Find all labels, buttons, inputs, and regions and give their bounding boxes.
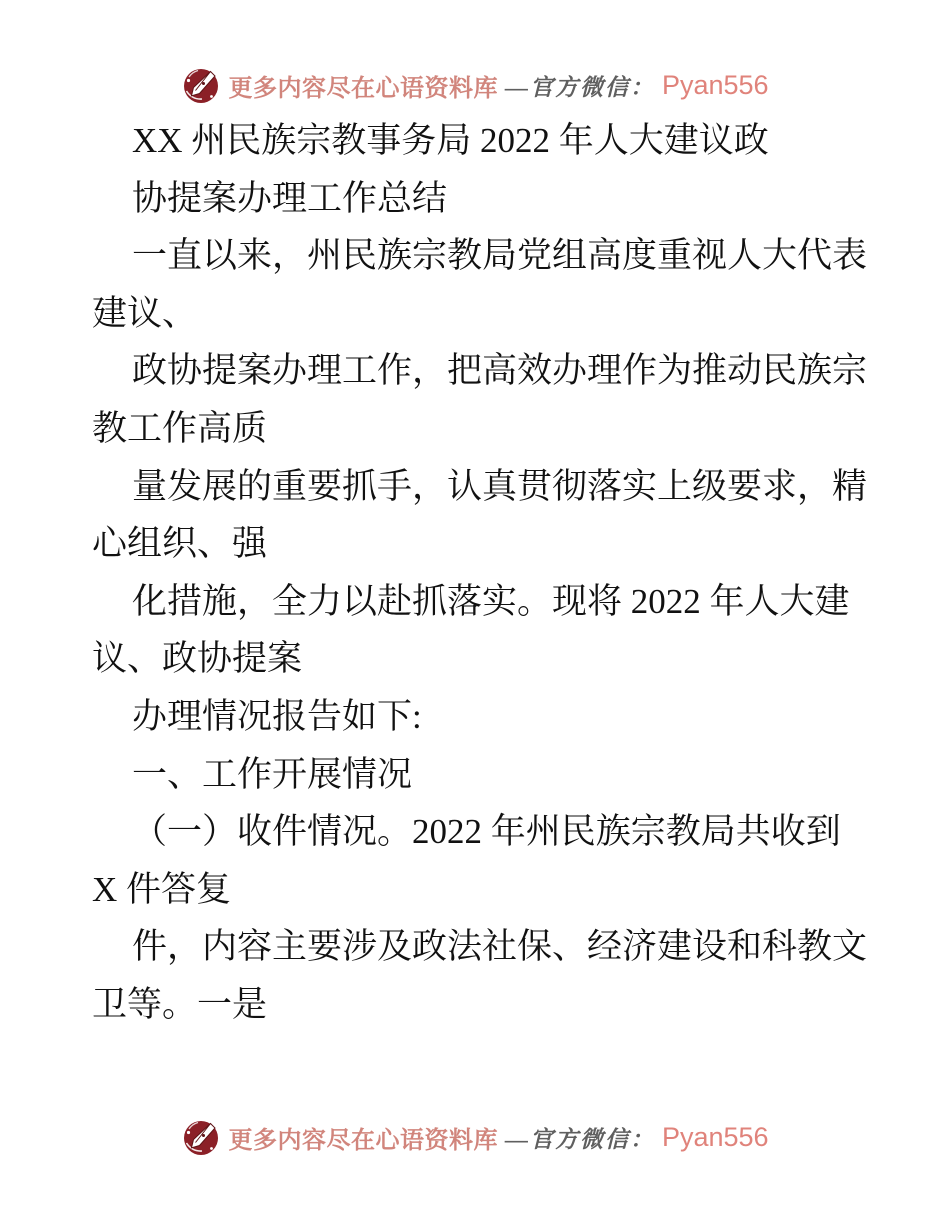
- header-watermark: 更多内容尽在心语资料库 —官方微信： Pyan556: [0, 64, 950, 106]
- document-line: 办理情况报告如下:: [92, 688, 892, 746]
- document-line: 化措施，全力以赴抓落实。现将 2022 年人大建: [92, 573, 892, 631]
- document-line: 一直以来，州民族宗教局党组高度重视人大代表: [92, 227, 892, 285]
- document-line: 心组织、强: [92, 515, 892, 573]
- footer-watermark: 更多内容尽在心语资料库 —官方微信： Pyan556: [0, 1116, 950, 1158]
- document-line: 卫等。一是: [92, 976, 892, 1034]
- document-line: （一）收件情况。2022 年州民族宗教局共收到: [92, 803, 892, 861]
- watermark-wechat-label: —官方微信：: [505, 69, 655, 102]
- title-line-1: XX 州民族宗教事务局 2022 年人大建议政: [92, 112, 892, 170]
- document-line: 量发展的重要抓手，认真贯彻落实上级要求，精: [92, 458, 892, 516]
- watermark-wechat-id: Pyan556: [662, 1122, 769, 1153]
- document-line: 议、政协提案: [92, 630, 892, 688]
- document-body: XX 州民族宗教事务局 2022 年人大建议政 协提案办理工作总结 一直以来，州…: [92, 112, 892, 1034]
- section-heading: 一、工作开展情况: [92, 746, 892, 804]
- pen-nib-logo-icon: [181, 1116, 221, 1158]
- watermark-brand-text: 更多内容尽在心语资料库: [228, 68, 498, 103]
- document-line: X 件答复: [92, 861, 892, 919]
- document-page: 更多内容尽在心语资料库 —官方微信： Pyan556 XX 州民族宗教事务局 2…: [0, 0, 950, 1230]
- pen-nib-logo-icon: [181, 64, 221, 106]
- watermark-wechat-label: —官方微信：: [505, 1121, 655, 1154]
- watermark-wechat-id: Pyan556: [662, 70, 769, 101]
- document-line: 建议、: [92, 285, 892, 343]
- document-line: 政协提案办理工作，把高效办理作为推动民族宗: [92, 342, 892, 400]
- document-line: 件，内容主要涉及政法社保、经济建设和科教文: [92, 918, 892, 976]
- document-line: 教工作高质: [92, 400, 892, 458]
- title-line-2: 协提案办理工作总结: [92, 170, 892, 228]
- watermark-brand-text: 更多内容尽在心语资料库: [228, 1120, 498, 1155]
